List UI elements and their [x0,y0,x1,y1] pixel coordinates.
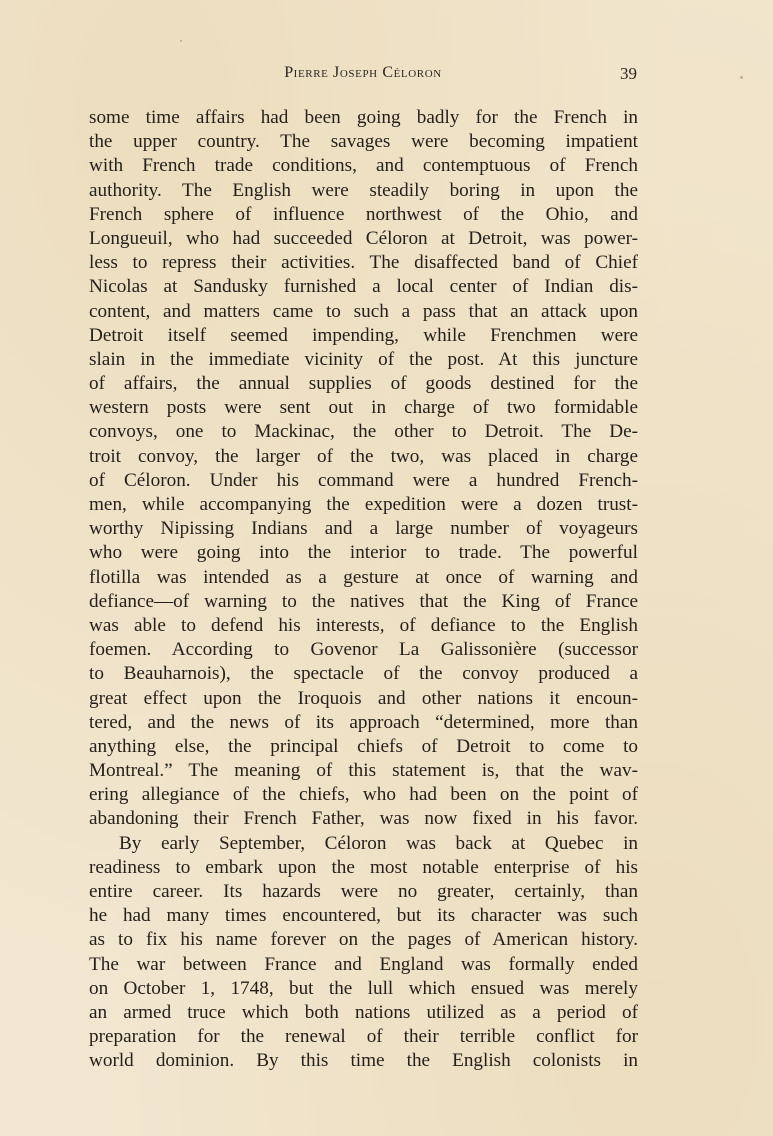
text-line: ering allegiance of the chiefs, who had … [89,783,638,807]
text-line: slain in the immediate vicinity of the p… [89,348,638,372]
text-line: abandoning their French Father, was now … [89,807,638,831]
text-line: entire career. Its hazards were no great… [89,880,638,904]
text-line: with French trade conditions, and contem… [89,154,638,178]
text-line: Longueuil, who had succeeded Céloron at … [89,227,638,251]
text-line: as to fix his name forever on the pages … [89,928,638,952]
text-line: Detroit itself seemed impending, while F… [89,324,638,348]
text-line: less to repress their activities. The di… [89,251,638,275]
text-line: an armed truce which both nations utiliz… [89,1001,638,1025]
text-line: the upper country. The savages were beco… [89,130,638,154]
text-line: was able to defend his interests, of def… [89,614,638,638]
text-line: world dominion. By this time the English… [89,1049,638,1073]
text-line: troit convoy, the larger of the two, was… [89,445,638,469]
text-line: men, while accompanying the expedition w… [89,493,638,517]
running-head-title: Pierre Joseph Céloron [89,64,637,82]
text-line: anything else, the principal chiefs of D… [89,735,638,759]
text-line: some time affairs had been going badly f… [89,106,638,130]
text-line: great effect upon the Iroquois and other… [89,687,638,711]
text-line: he had many times encountered, but its c… [89,904,638,928]
paper-speck [740,76,743,79]
text-line: French sphere of influence northwest of … [89,203,638,227]
running-head: Pierre Joseph Céloron 39 [89,64,637,90]
paper-speck [180,40,182,42]
text-line: The war between France and England was f… [89,953,638,977]
book-page: Pierre Joseph Céloron 39 some time affai… [0,0,773,1136]
text-line: convoys, one to Mackinac, the other to D… [89,420,638,444]
text-line: readiness to embark upon the most notabl… [89,856,638,880]
text-line: content, and matters came to such a pass… [89,300,638,324]
text-line: western posts were sent out in charge of… [89,396,638,420]
text-line: defiance—of warning to the natives that … [89,590,638,614]
page-number: 39 [620,64,637,84]
text-line: who were going into the interior to trad… [89,541,638,565]
text-line: to Beauharnois), the spectacle of the co… [89,662,638,686]
text-line: tered, and the news of its approach “det… [89,711,638,735]
text-line: of affairs, the annual supplies of goods… [89,372,638,396]
text-line: on October 1, 1748, but the lull which e… [89,977,638,1001]
paragraph: By early September, Céloron was back at … [89,832,638,1074]
text-line: authority. The English were steadily bor… [89,179,638,203]
text-line: Nicolas at Sandusky furnished a local ce… [89,275,638,299]
text-line: flotilla was intended as a gesture at on… [89,566,638,590]
text-line: worthy Nipissing Indians and a large num… [89,517,638,541]
body-text: some time affairs had been going badly f… [89,106,638,1074]
text-line: foemen. According to Govenor La Galisson… [89,638,638,662]
text-line: of Céloron. Under his command were a hun… [89,469,638,493]
text-line: preparation for the renewal of their ter… [89,1025,638,1049]
text-line: By early September, Céloron was back at … [89,832,638,856]
text-line: Montreal.” The meaning of this statement… [89,759,638,783]
paragraph: some time affairs had been going badly f… [89,106,638,832]
